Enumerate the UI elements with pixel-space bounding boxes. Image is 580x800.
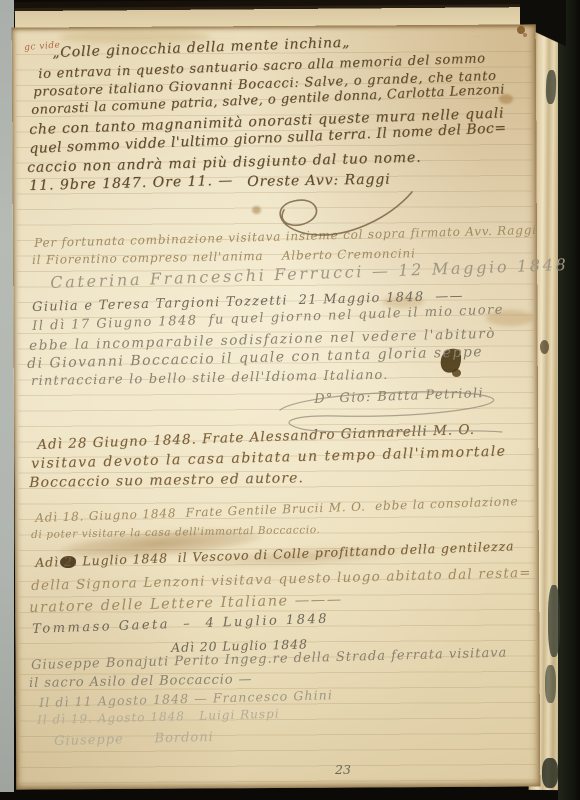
manuscript-line: Tommaso Gaeta – 4 Luglio 1848 — [32, 613, 329, 638]
manuscript-line: della Signora Lenzoni visitava questo lu… — [31, 566, 532, 594]
manuscript-line: 11. 9bre 1847. Ore 11. — — [29, 174, 234, 195]
page-number: 23 — [335, 762, 351, 777]
manuscript-line: Giuseppe Bordoni — [54, 731, 214, 749]
signature-flourish-petrioli — [270, 386, 510, 438]
manuscript-line: Adì 2. Luglio 1848 il Vescovo di Colle p… — [35, 539, 515, 569]
manuscript-line: Il dì 19. Agosto 1848 Luigi Ruspi — [37, 708, 280, 728]
manuscript-photo: gc vide„Colle ginocchia della mente inch… — [0, 0, 580, 800]
manuscript-line: Adì 18. Giugno 1848 Frate Gentile Brucii… — [35, 495, 519, 525]
manuscript-line: Il dì 11 Agosto 1848 — Francesco Ghini — [39, 688, 333, 709]
signature-flourish-raggi — [262, 188, 422, 246]
manuscript-line: il sacro Asilo del Boccaccio — — [29, 673, 253, 691]
manuscript-line: Boccaccio suo maestro ed autore. — [29, 471, 304, 491]
manuscript-line: di poter visitare la casa dell'immortal … — [31, 525, 321, 542]
